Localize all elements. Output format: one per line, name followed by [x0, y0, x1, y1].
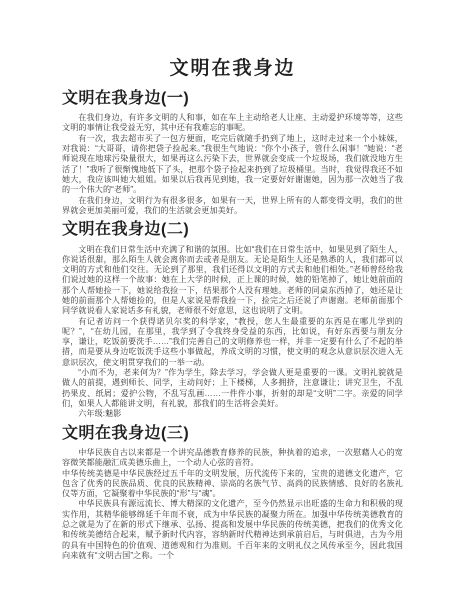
- section-2-heading: 文明在我身边(二): [62, 221, 403, 239]
- section-1-heading: 文明在我身边(一): [62, 90, 403, 108]
- document-page: 文明在我身边 文明在我身边(一) 在我们身边，有许多文明的人和事，如在车上主动给…: [0, 0, 463, 600]
- essay-section-3: 文明在我身边(三) 中华民族自古以来都是一个讲究品德教育修养的民族，种执着的追求…: [62, 425, 403, 562]
- author-signature: 六年级:魅影: [62, 409, 403, 419]
- section-3-heading: 文明在我身边(三): [62, 425, 403, 443]
- paragraph: 在我们身边，文明行为有很多很多，如果有一天，世界上所有的人都变得文明，我们的世界…: [62, 196, 403, 217]
- paragraph: “小而不为，老来何为？”作为学生，除去学习，学会做人更是重要的一课。文明礼貌就是…: [62, 368, 403, 409]
- paragraph: 有记者访问一个获得诺贝尔奖的科学家，“教授，您人生最重要的东西是在哪儿学到的呢？…: [62, 317, 403, 368]
- paragraph: 中华传统美德是中华民族经过五千年的文明发展，历代流传下来的，宝贵的道德文化遗产，…: [62, 469, 403, 500]
- paragraph: 在我们身边，有许多文明的人和事，如在车上主动给老人让座、主动爱护环境等等，这些文…: [62, 113, 403, 134]
- page-title: 文明在我身边: [62, 57, 403, 81]
- paragraph: 中华民族具有源远流长、博大精深的文化遗产，至今仍然显示出旺盛的生命力和积极的现实…: [62, 499, 403, 561]
- paragraph: 文明在我们日常生活中充满了和谐的氛围。比如“我们在日常生活中，如果见到了陌生人，…: [62, 245, 403, 317]
- paragraph: 有一次，我去超市买了一包方便面，吃完后就随手扔到了地上，这时走过来一个小妹妹，对…: [62, 134, 403, 196]
- essay-section-2: 文明在我身边(二) 文明在我们日常生活中充满了和谐的氛围。比如“我们在日常生活中…: [62, 221, 403, 419]
- paragraph: 中华民族自古以来都是一个讲究品德教育修养的民族，种执着的追求，一次慰藉人心的宽容…: [62, 448, 403, 469]
- essay-section-1: 文明在我身边(一) 在我们身边，有许多文明的人和事，如在车上主动给老人让座、主动…: [62, 90, 403, 216]
